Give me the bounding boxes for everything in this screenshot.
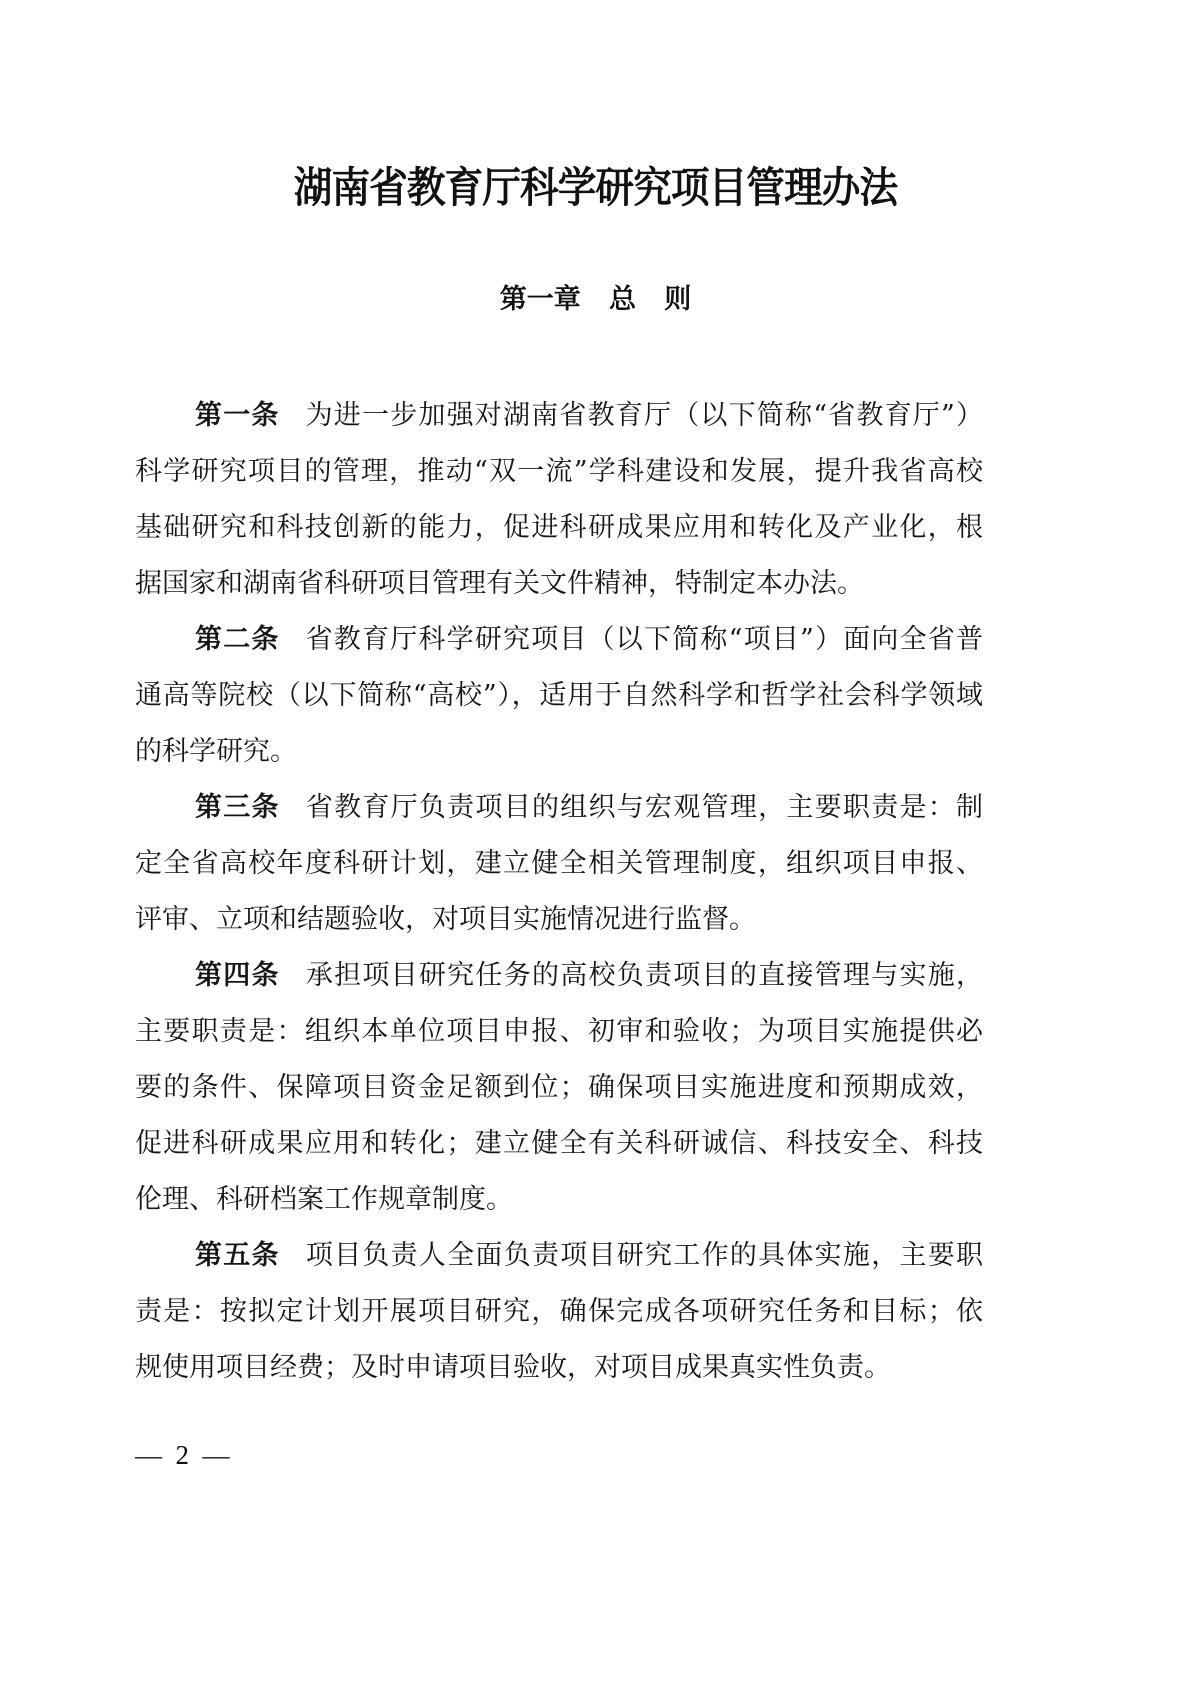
document-title: 湖南省教育厅科学研究项目管理办法 bbox=[48, 158, 1144, 218]
paragraph-line: 促进科研成果应用和转化；建立健全有关科研诚信、科技安全、科技 bbox=[135, 1116, 983, 1172]
article-text: 承担项目研究任务的高校负责项目的直接管理与实施， bbox=[306, 960, 983, 991]
article-2: 第二条省教育厅科学研究项目（以下简称“项目”）面向全省普 通高等院校（以下简称“… bbox=[135, 612, 983, 780]
paragraph-line: 的科学研究。 bbox=[135, 724, 983, 780]
paragraph-line: 评审、立项和结题验收，对项目实施情况进行监督。 bbox=[135, 892, 983, 948]
paragraph-line: 第四条承担项目研究任务的高校负责项目的直接管理与实施， bbox=[135, 948, 983, 1004]
article-4: 第四条承担项目研究任务的高校负责项目的直接管理与实施， 主要职责是：组织本单位项… bbox=[135, 948, 983, 1228]
article-text: 为进一步加强对湖南省教育厅（以下简称“省教育厅”） bbox=[306, 400, 983, 431]
article-label: 第三条 bbox=[195, 792, 280, 823]
paragraph-line: 主要职责是：组织本单位项目申报、初审和验收；为项目实施提供必 bbox=[135, 1004, 983, 1060]
paragraph-line: 定全省高校年度科研计划，建立健全相关管理制度，组织项目申报、 bbox=[135, 836, 983, 892]
paragraph-line: 伦理、科研档案工作规章制度。 bbox=[135, 1172, 983, 1228]
article-1: 第一条为进一步加强对湖南省教育厅（以下简称“省教育厅”） 科学研究项目的管理，推… bbox=[135, 388, 983, 612]
paragraph-line: 要的条件、保障项目资金足额到位；确保项目实施进度和预期成效， bbox=[135, 1060, 983, 1116]
article-text: 省教育厅负责项目的组织与宏观管理，主要职责是：制 bbox=[306, 792, 983, 823]
chapter-heading: 第一章 总 则 bbox=[0, 280, 1191, 320]
paragraph-line: 据国家和湖南省科研项目管理有关文件精神，特制定本办法。 bbox=[135, 556, 983, 612]
article-label: 第五条 bbox=[195, 1240, 280, 1271]
paragraph-line: 通高等院校（以下简称“高校”），适用于自然科学和哲学社会科学领域 bbox=[135, 668, 983, 724]
article-label: 第四条 bbox=[195, 960, 280, 991]
article-3: 第三条省教育厅负责项目的组织与宏观管理，主要职责是：制 定全省高校年度科研计划，… bbox=[135, 780, 983, 948]
article-text: 项目负责人全面负责项目研究工作的具体实施，主要职 bbox=[306, 1240, 983, 1271]
article-label: 第一条 bbox=[195, 400, 280, 431]
paragraph-line: 第五条项目负责人全面负责项目研究工作的具体实施，主要职 bbox=[135, 1228, 983, 1284]
paragraph-line: 第一条为进一步加强对湖南省教育厅（以下简称“省教育厅”） bbox=[135, 388, 983, 444]
paragraph-line: 科学研究项目的管理，推动“双一流”学科建设和发展，提升我省高校 bbox=[135, 444, 983, 500]
document-body: 第一条为进一步加强对湖南省教育厅（以下简称“省教育厅”） 科学研究项目的管理，推… bbox=[135, 388, 983, 1396]
paragraph-line: 第二条省教育厅科学研究项目（以下简称“项目”）面向全省普 bbox=[135, 612, 983, 668]
paragraph-line: 责是：按拟定计划开展项目研究，确保完成各项研究任务和目标；依 bbox=[135, 1284, 983, 1340]
article-text: 省教育厅科学研究项目（以下简称“项目”）面向全省普 bbox=[306, 624, 983, 655]
page-number: — 2 — bbox=[135, 1440, 230, 1471]
paragraph-line: 基础研究和科技创新的能力，促进科研成果应用和转化及产业化，根 bbox=[135, 500, 983, 556]
article-label: 第二条 bbox=[195, 624, 280, 655]
document-page: 湖南省教育厅科学研究项目管理办法 第一章 总 则 第一条为进一步加强对湖南省教育… bbox=[0, 0, 1191, 1684]
paragraph-line: 第三条省教育厅负责项目的组织与宏观管理，主要职责是：制 bbox=[135, 780, 983, 836]
article-5: 第五条项目负责人全面负责项目研究工作的具体实施，主要职 责是：按拟定计划开展项目… bbox=[135, 1228, 983, 1396]
paragraph-line: 规使用项目经费；及时申请项目验收，对项目成果真实性负责。 bbox=[135, 1340, 983, 1396]
